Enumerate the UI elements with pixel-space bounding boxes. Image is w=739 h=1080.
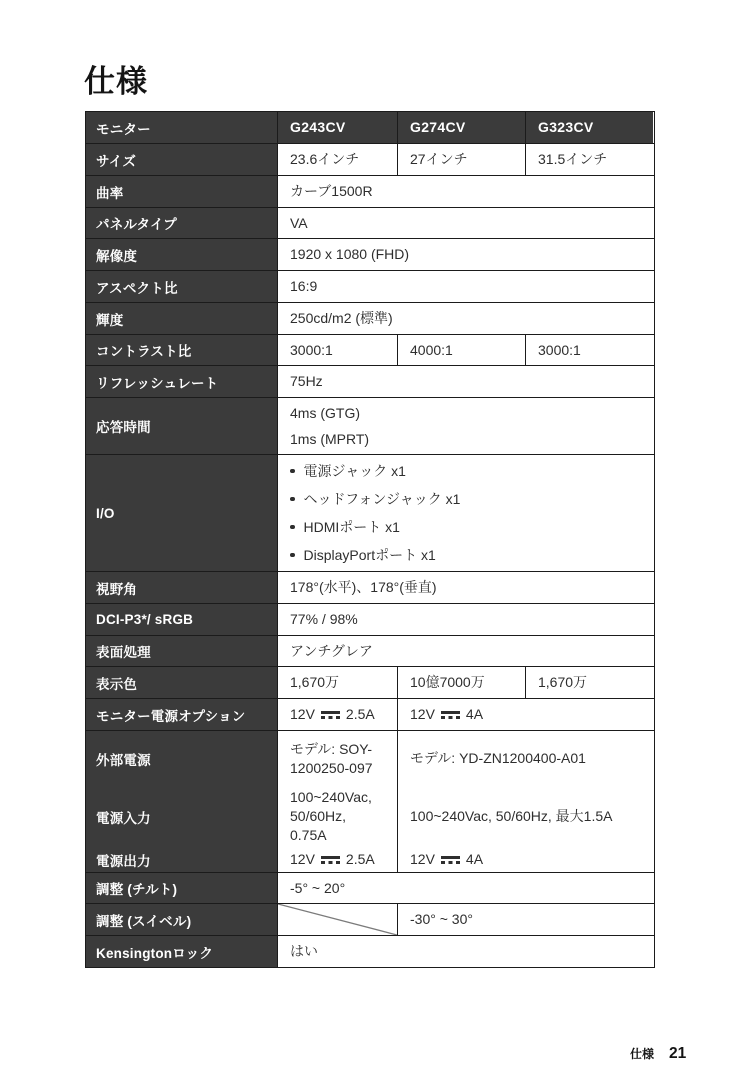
table-row: パネルタイプVA: [86, 207, 654, 238]
amperage-value: 4A: [466, 705, 483, 724]
row-label: 応答時間: [86, 398, 277, 454]
io-bullet-item: 電源ジャック x1: [290, 457, 406, 485]
table-row: 電源入力100~240Vac, 50/60Hz, 0.75A100~240Vac…: [86, 786, 654, 847]
row-label: 外部電源: [86, 731, 277, 786]
cell-value: 178°(水平)、178°(垂直): [277, 572, 653, 603]
cell-value: カーブ1500R: [277, 176, 653, 207]
cell-value: 1,670万: [277, 667, 397, 698]
row-label: 視野角: [86, 572, 277, 603]
row-label: DCI-P3*/ sRGB: [86, 604, 277, 635]
cell-value: 3000:1: [277, 335, 397, 365]
dc-symbol-icon: [441, 709, 460, 720]
bullet-icon: [290, 553, 295, 558]
cell-value: 100~240Vac, 50/60Hz, 最大1.5A: [397, 786, 653, 847]
cell-line: 4ms (GTG): [290, 400, 360, 426]
row-label: モニター電源オプション: [86, 699, 277, 730]
table-row: 解像度1920 x 1080 (FHD): [86, 238, 654, 270]
cell-value: 100~240Vac, 50/60Hz, 0.75A: [277, 786, 397, 847]
table-header-row: モニターG243CVG274CVG323CV: [86, 112, 654, 143]
table-row: 電源出力12V2.5A12V4A: [86, 847, 654, 872]
power-rating-cell: 12V2.5A: [277, 699, 397, 730]
cell-value: 3000:1: [525, 335, 653, 365]
row-label: 電源出力: [86, 847, 277, 872]
table-row: サイズ23.6インチ27インチ31.5インチ: [86, 143, 654, 175]
bullet-icon: [290, 469, 295, 474]
table-row: コントラスト比3000:14000:13000:1: [86, 334, 654, 365]
table-row: 表示色1,670万10億7000万1,670万: [86, 666, 654, 698]
table-row: 調整 (スイベル)-30° ~ 30°: [86, 903, 654, 935]
bullet-icon: [290, 525, 295, 530]
cell-value: アンチグレア: [277, 636, 653, 666]
dc-symbol-icon: [321, 854, 340, 865]
table-row: モニター電源オプション12V2.5A12V4A: [86, 698, 654, 730]
power-rating-cell: 12V4A: [397, 847, 653, 872]
footer-section-label: 仕様: [630, 1045, 654, 1062]
cell-value: はい: [277, 936, 653, 967]
cell-value: 1,670万: [525, 667, 653, 698]
row-label: サイズ: [86, 144, 277, 175]
table-row: 応答時間4ms (GTG)1ms (MPRT): [86, 397, 654, 454]
io-bullet-label: 電源ジャック x1: [304, 457, 406, 485]
table-row: 外部電源モデル: SOY-1200250-097モデル: YD-ZN120040…: [86, 730, 654, 786]
voltage-value: 12V: [290, 850, 315, 869]
cell-value: 75Hz: [277, 366, 653, 397]
cell-line: 1ms (MPRT): [290, 426, 369, 452]
row-label: コントラスト比: [86, 335, 277, 365]
cell-value: 16:9: [277, 271, 653, 302]
voltage-value: 12V: [290, 705, 315, 724]
na-cell: [277, 904, 397, 935]
io-port-list: 電源ジャック x1ヘッドフォンジャック x1HDMIポート x1DisplayP…: [277, 455, 653, 571]
table-row: 調整 (チルト)-5° ~ 20°: [86, 872, 654, 903]
io-bullet-item: DisplayPortポート x1: [290, 541, 436, 569]
dc-symbol-icon: [441, 854, 460, 865]
power-rating-cell: 12V4A: [397, 699, 653, 730]
cell-value: 23.6インチ: [277, 144, 397, 175]
column-header: G323CV: [525, 112, 653, 143]
bullet-icon: [290, 497, 295, 502]
cell-value: 27インチ: [397, 144, 525, 175]
table-row: アスペクト比16:9: [86, 270, 654, 302]
footer: 仕様 21: [630, 1045, 686, 1063]
cell-value: モデル: YD-ZN1200400-A01: [397, 731, 653, 786]
cell-value: モデル: SOY-1200250-097: [277, 731, 397, 786]
amperage-value: 2.5A: [346, 850, 375, 869]
row-label: アスペクト比: [86, 271, 277, 302]
io-bullet-label: DisplayPortポート x1: [304, 541, 436, 569]
cell-value: -30° ~ 30°: [397, 904, 653, 935]
column-header: G243CV: [277, 112, 397, 143]
voltage-value: 12V: [410, 705, 435, 724]
table-row: リフレッシュレート75Hz: [86, 365, 654, 397]
table-row: 表面処理アンチグレア: [86, 635, 654, 666]
row-label: 輝度: [86, 303, 277, 334]
dc-symbol-icon: [321, 709, 340, 720]
io-bullet-item: HDMIポート x1: [290, 513, 400, 541]
page-title: 仕様: [84, 56, 148, 101]
footer-page-number: 21: [669, 1045, 686, 1063]
cell-multiline: 4ms (GTG)1ms (MPRT): [277, 398, 653, 454]
amperage-value: 4A: [466, 850, 483, 869]
table-row: 視野角178°(水平)、178°(垂直): [86, 571, 654, 603]
na-diagonal-icon: [278, 904, 397, 935]
table-row: 輝度250cd/m2 (標準): [86, 302, 654, 334]
cell-value: 4000:1: [397, 335, 525, 365]
row-label: 表面処理: [86, 636, 277, 666]
cell-value: 250cd/m2 (標準): [277, 303, 653, 334]
io-bullet-label: ヘッドフォンジャック x1: [304, 485, 461, 513]
cell-value: 1920 x 1080 (FHD): [277, 239, 653, 270]
cell-value: VA: [277, 208, 653, 238]
amperage-value: 2.5A: [346, 705, 375, 724]
corner-header-label: モニター: [86, 112, 277, 143]
row-label: 曲率: [86, 176, 277, 207]
io-bullet-item: ヘッドフォンジャック x1: [290, 485, 460, 513]
cell-value: 10億7000万: [397, 667, 525, 698]
table-row: Kensingtonロックはい: [86, 935, 654, 967]
power-rating-cell: 12V2.5A: [277, 847, 397, 872]
table-row: DCI-P3*/ sRGB77% / 98%: [86, 603, 654, 635]
table-row: I/O電源ジャック x1ヘッドフォンジャック x1HDMIポート x1Displ…: [86, 454, 654, 571]
row-label: 表示色: [86, 667, 277, 698]
row-label: Kensingtonロック: [86, 936, 277, 967]
row-label: リフレッシュレート: [86, 366, 277, 397]
row-label: パネルタイプ: [86, 208, 277, 238]
spec-table: モニターG243CVG274CVG323CVサイズ23.6インチ27インチ31.…: [85, 111, 655, 968]
table-row: 曲率カーブ1500R: [86, 175, 654, 207]
io-bullet-label: HDMIポート x1: [304, 513, 400, 541]
row-label: 調整 (スイベル): [86, 904, 277, 935]
cell-value: 31.5インチ: [525, 144, 653, 175]
voltage-value: 12V: [410, 850, 435, 869]
column-header: G274CV: [397, 112, 525, 143]
row-label: I/O: [86, 455, 277, 571]
cell-value: -5° ~ 20°: [277, 873, 653, 903]
row-label: 解像度: [86, 239, 277, 270]
cell-value: 77% / 98%: [277, 604, 653, 635]
row-label: 調整 (チルト): [86, 873, 277, 903]
row-label: 電源入力: [86, 786, 277, 847]
